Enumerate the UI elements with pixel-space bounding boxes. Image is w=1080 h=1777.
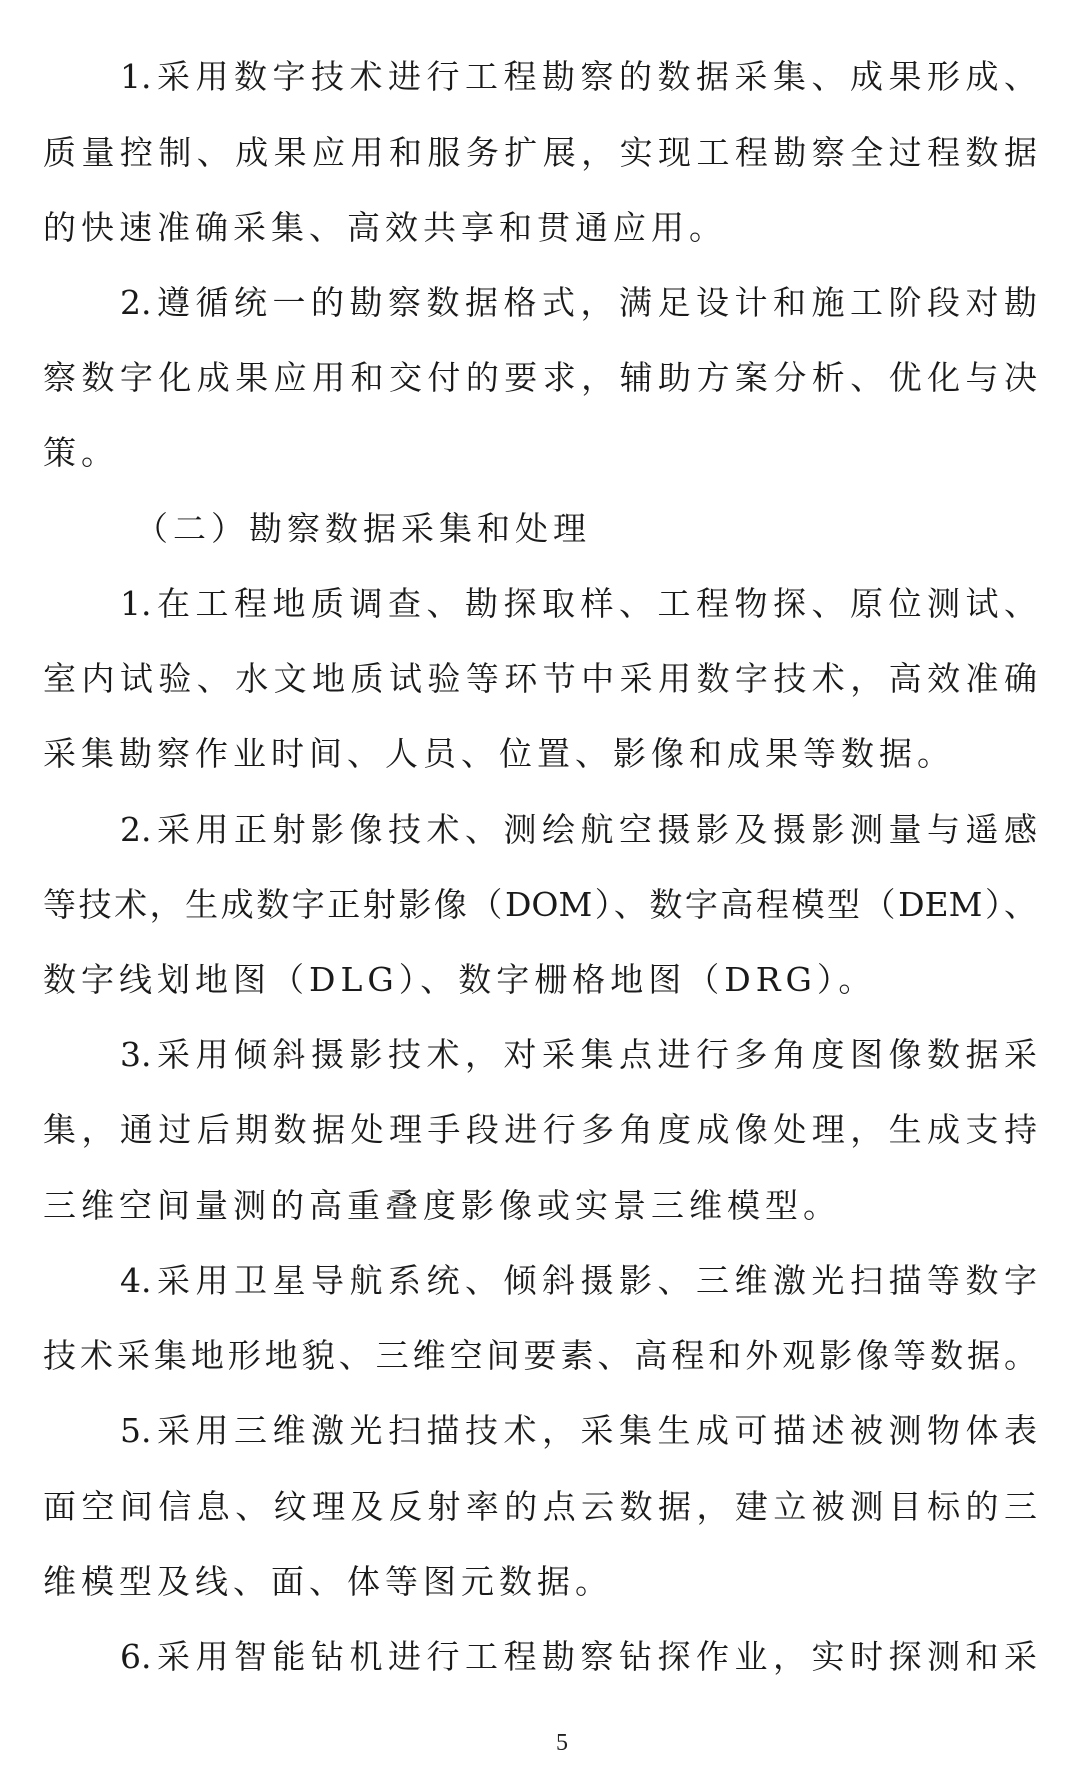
- paragraph-line: 5.采用三维激光扫描技术，采集生成可描述被测物体表: [120, 1408, 1037, 1454]
- paragraph-line: 等技术，生成数字正射影像（DOM）、数字高程模型（DEM）、: [43, 882, 1037, 928]
- paragraph-line: 策。: [43, 430, 1037, 476]
- paragraph-line: 数字线划地图（DLG）、数字栅格地图（DRG）。: [43, 957, 1037, 1003]
- document-page: 1.采用数字技术进行工程勘察的数据采集、成果形成、 质量控制、成果应用和服务扩展…: [0, 0, 1080, 1777]
- paragraph-line: 1.在工程地质调查、勘探取样、工程物探、原位测试、: [120, 581, 1037, 627]
- paragraph-line: 质量控制、成果应用和服务扩展，实现工程勘察全过程数据: [43, 130, 1037, 176]
- paragraph-line: 6.采用智能钻机进行工程勘察钻探作业，实时探测和采: [120, 1634, 1037, 1680]
- paragraph-line: 察数字化成果应用和交付的要求，辅助方案分析、优化与决: [43, 355, 1037, 401]
- paragraph-line: 1.采用数字技术进行工程勘察的数据采集、成果形成、: [120, 54, 1037, 100]
- paragraph-line: 技术采集地形地貌、三维空间要素、高程和外观影像等数据。: [43, 1333, 1037, 1379]
- paragraph-line: 采集勘察作业时间、人员、位置、影像和成果等数据。: [43, 731, 1037, 777]
- page-number: 5: [550, 1728, 574, 1758]
- paragraph-line: 面空间信息、纹理及反射率的点云数据，建立被测目标的三: [43, 1484, 1037, 1530]
- section-heading: （二）勘察数据采集和处理: [135, 506, 735, 552]
- paragraph-line: 4.采用卫星导航系统、倾斜摄影、三维激光扫描等数字: [120, 1258, 1037, 1304]
- paragraph-line: 3.采用倾斜摄影技术，对采集点进行多角度图像数据采: [120, 1032, 1037, 1078]
- paragraph-line: 的快速准确采集、高效共享和贯通应用。: [43, 205, 1037, 251]
- paragraph-line: 维模型及线、面、体等图元数据。: [43, 1559, 1037, 1605]
- paragraph-line: 2.采用正射影像技术、测绘航空摄影及摄影测量与遥感: [120, 807, 1037, 853]
- paragraph-line: 三维空间量测的高重叠度影像或实景三维模型。: [43, 1183, 1037, 1229]
- paragraph-line: 室内试验、水文地质试验等环节中采用数字技术，高效准确: [43, 656, 1037, 702]
- paragraph-line: 2.遵循统一的勘察数据格式，满足设计和施工阶段对勘: [120, 280, 1037, 326]
- paragraph-line: 集，通过后期数据处理手段进行多角度成像处理，生成支持: [43, 1107, 1037, 1153]
